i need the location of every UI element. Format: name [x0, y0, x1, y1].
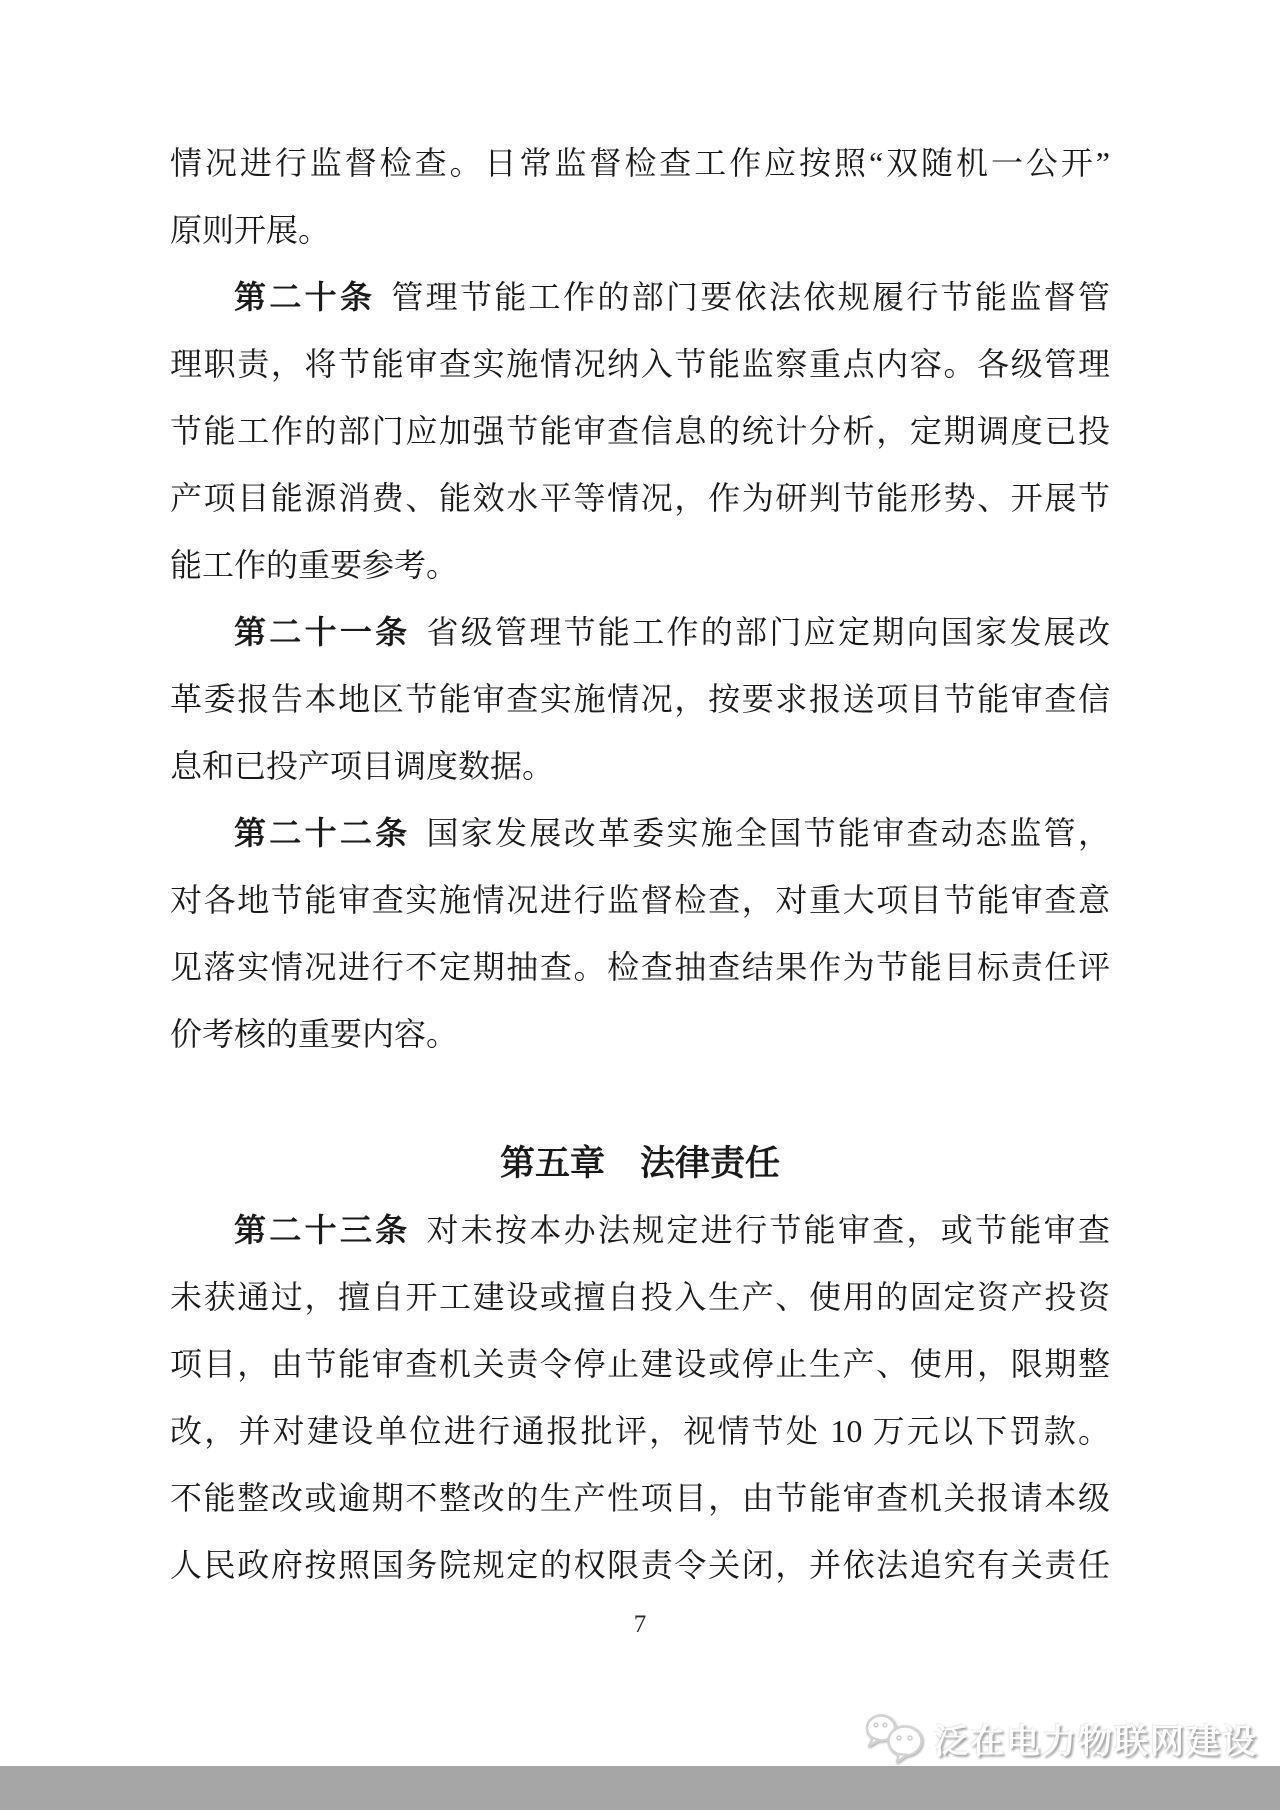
body-line: 原则开展。 — [170, 197, 1110, 264]
document-body: 情况进行监督检查。日常监督检查工作应按照“双随机一公开” 原则开展。 第二十条管… — [0, 0, 1280, 1639]
body-line: 能工作的重要参考。 — [170, 532, 1110, 599]
body-line: 对各地节能审查实施情况进行监督检查，对重大项目节能审查意 — [170, 867, 1110, 934]
article-21-line: 第二十一条省级管理节能工作的部门应定期向国家发展改 — [170, 599, 1110, 666]
bottom-bar — [0, 1766, 1280, 1810]
body-line: 价考核的重要内容。 — [170, 1001, 1110, 1068]
body-line: 理职责，将节能审查实施情况纳入节能监察重点内容。各级管理 — [170, 331, 1110, 398]
article-number: 第二十三条 — [234, 1212, 410, 1248]
body-line: 息和已投产项目调度数据。 — [170, 733, 1110, 800]
body-line: 情况进行监督检查。日常监督检查工作应按照“双随机一公开” — [170, 130, 1110, 197]
wechat-watermark: 泛在电力物联网建设 — [864, 1712, 1258, 1764]
article-23-line: 第二十三条对未按本办法规定进行节能审查，或节能审查 — [170, 1197, 1110, 1264]
article-22-line: 第二十二条国家发展改革委实施全国节能审查动态监管， — [170, 800, 1110, 867]
chapter-heading: 第五章 法律责任 — [170, 1130, 1110, 1197]
body-line: 项目，由节能审查机关责令停止建设或停止生产、使用，限期整 — [170, 1331, 1110, 1398]
article-number: 第二十一条 — [234, 614, 410, 650]
body-line: 改，并对建设单位进行通报批评，视情节处 10 万元以下罚款。 — [170, 1398, 1110, 1465]
body-line: 节能工作的部门应加强节能审查信息的统计分析，定期调度已投 — [170, 398, 1110, 465]
wechat-icon — [864, 1712, 926, 1764]
page-number: 7 — [170, 1611, 1110, 1639]
body-line: 革委报告本地区节能审查实施情况，按要求报送项目节能审查信 — [170, 666, 1110, 733]
article-20-line: 第二十条管理节能工作的部门要依法依规履行节能监督管 — [170, 264, 1110, 331]
article-number: 第二十二条 — [234, 815, 410, 851]
body-line: 见落实情况进行不定期抽查。检查抽查结果作为节能目标责任评 — [170, 934, 1110, 1001]
body-line: 不能整改或逾期不整改的生产性项目，由节能审查机关报请本级 — [170, 1465, 1110, 1532]
watermark-text: 泛在电力物联网建设 — [934, 1714, 1258, 1763]
body-line: 产项目能源消费、能效水平等情况，作为研判节能形势、开展节 — [170, 465, 1110, 532]
body-line: 人民政府按照国务院规定的权限责令关闭，并依法追究有关责任 — [170, 1532, 1110, 1599]
document-page: 情况进行监督检查。日常监督检查工作应按照“双随机一公开” 原则开展。 第二十条管… — [0, 0, 1280, 1810]
article-number: 第二十条 — [234, 279, 375, 315]
body-line: 未获通过，擅自开工建设或擅自投入生产、使用的固定资产投资 — [170, 1264, 1110, 1331]
